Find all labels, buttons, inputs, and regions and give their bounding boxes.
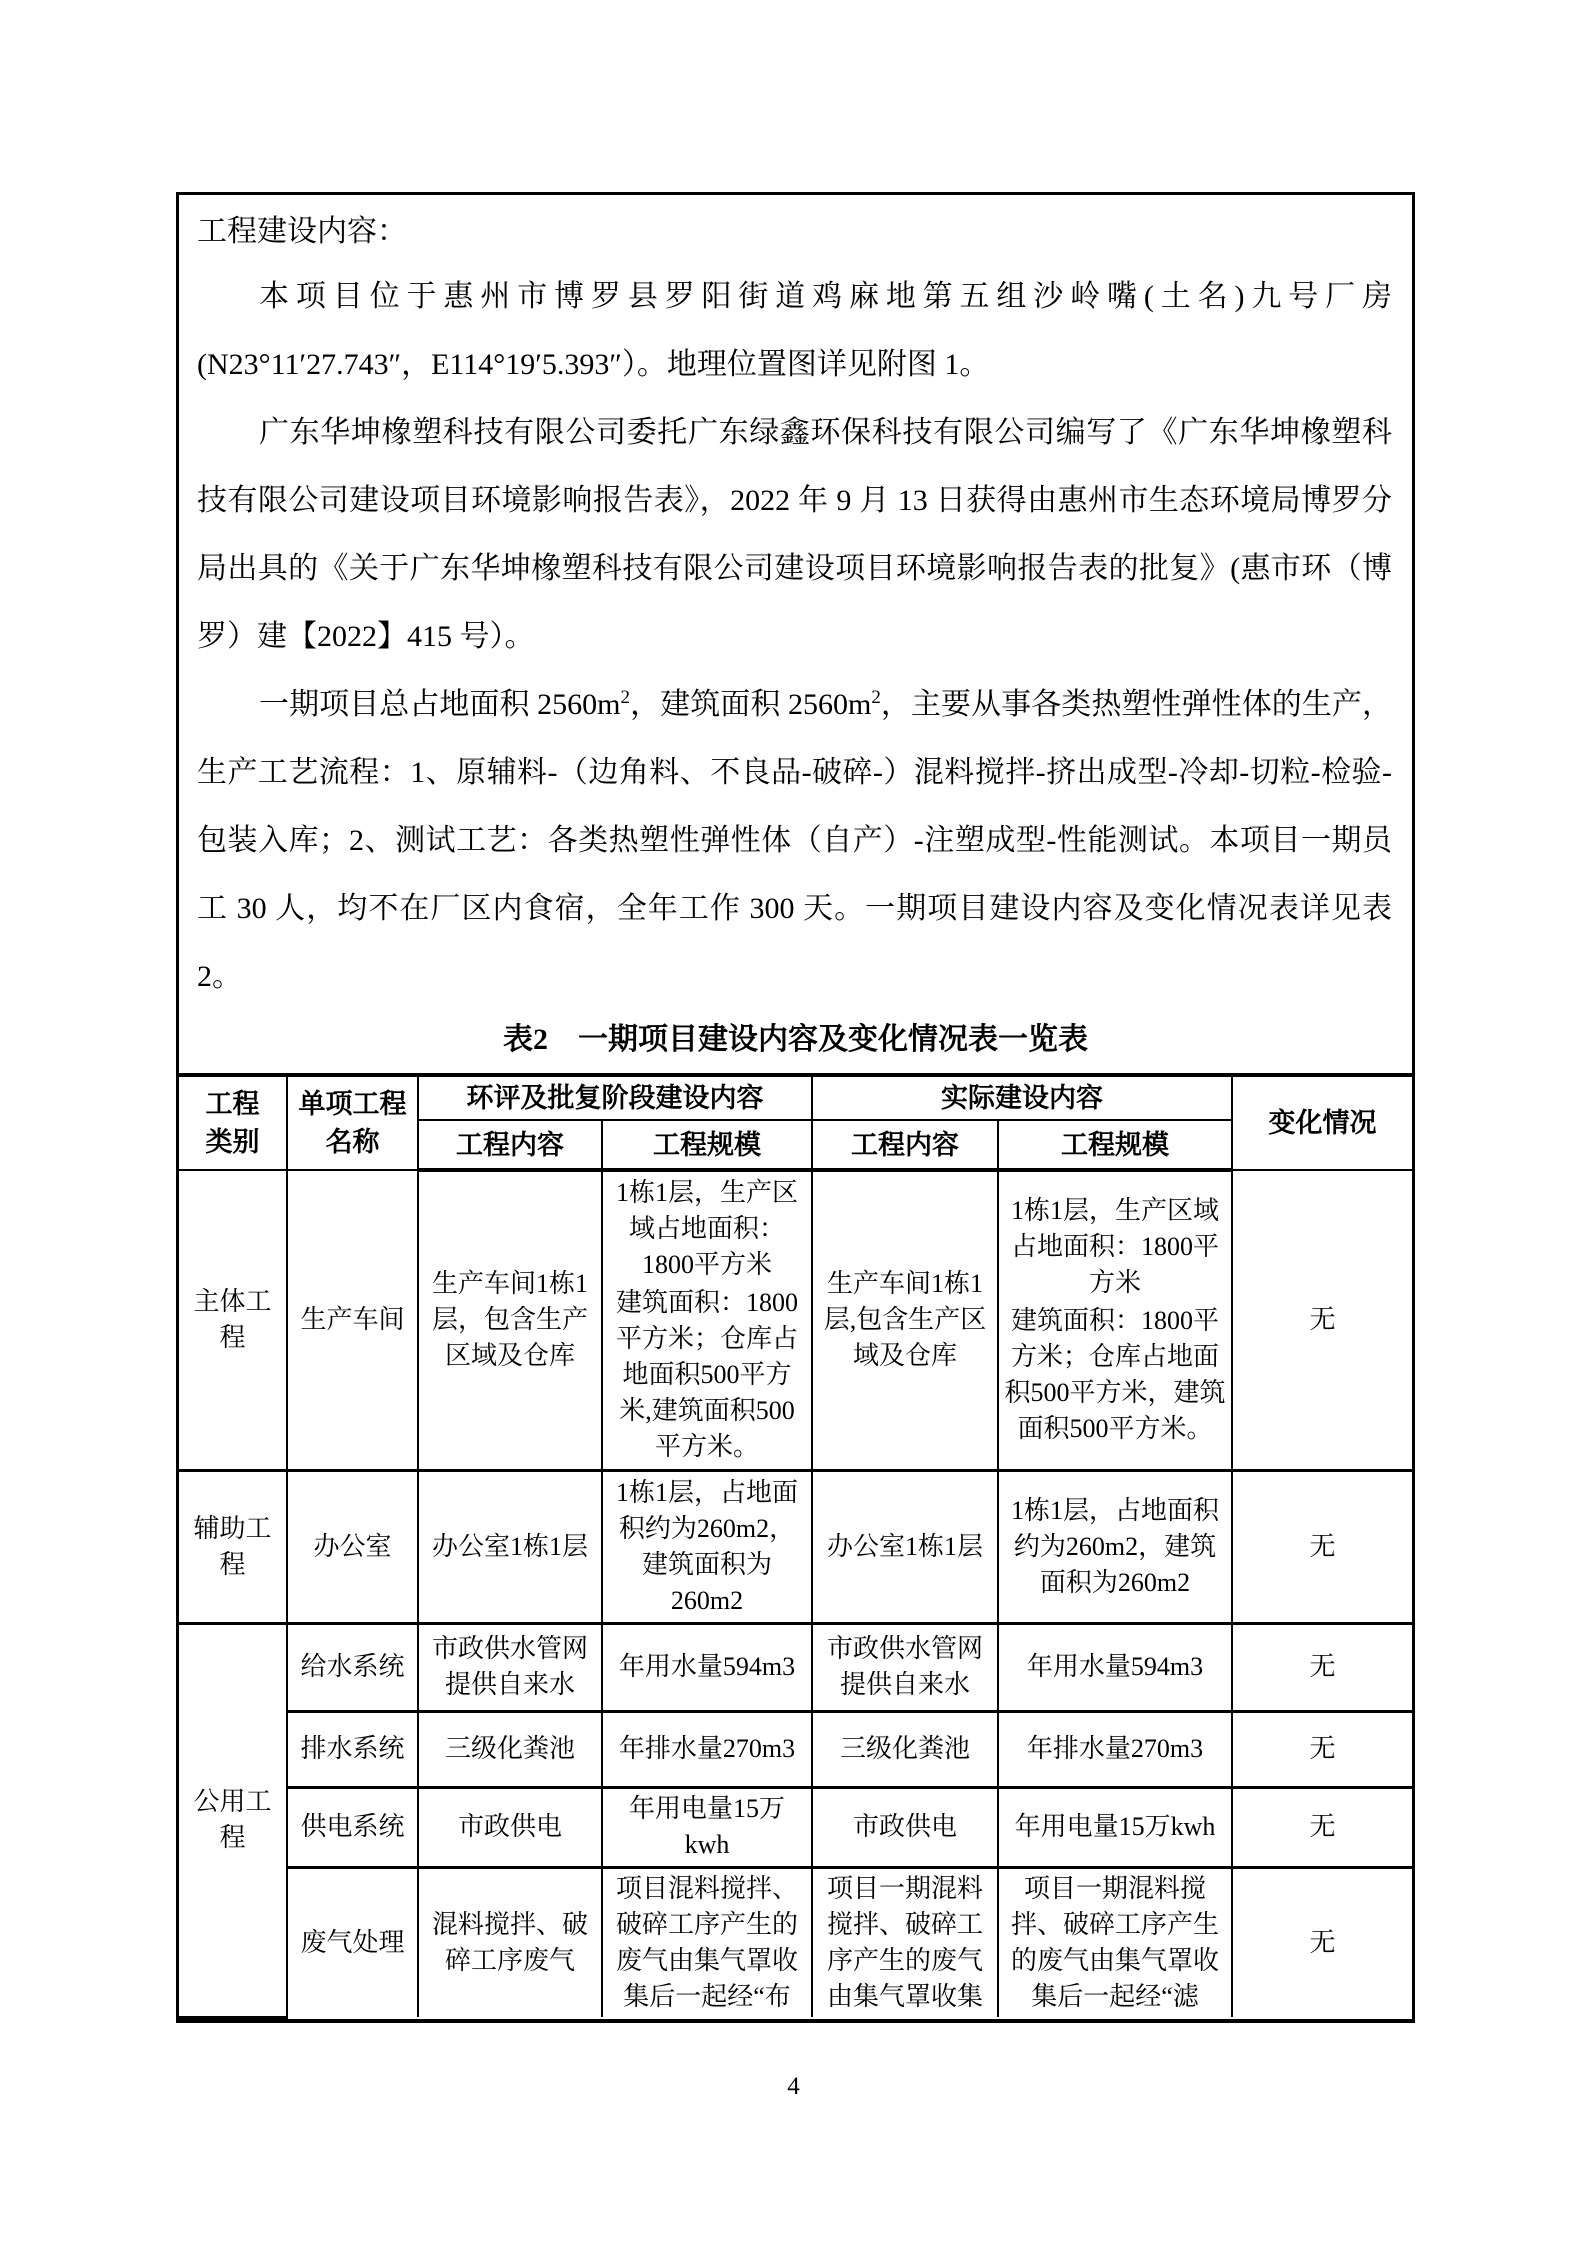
cell-change: 无: [1232, 1170, 1412, 1470]
cell-project-name: 废气处理: [287, 1867, 418, 2017]
cell-eia-content: 三级化粪池: [418, 1711, 602, 1787]
page-number: 4: [0, 2072, 1587, 2102]
table-caption: 表2 一期项目建设内容及变化情况表一览表: [179, 1017, 1412, 1063]
text-segment: ，主要从事各类热塑性弹性体的生产，生产工艺流程：1、原辅料-（边角料、不良品-破…: [197, 688, 1392, 993]
table-row-waste-gas: 废气处理 混料搅拌、破碎工序废气 项目混料搅拌、破碎工序产生的废气由集气罩收集后…: [179, 1867, 1412, 2017]
text-segment: 一期项目总占地面积 2560m: [259, 688, 621, 721]
header-eia-stage-group: 环评及批复阶段建设内容: [418, 1075, 812, 1120]
cell-eia-content: 办公室1栋1层: [418, 1470, 602, 1623]
table-row-power-supply: 供电系统 市政供电 年用电量15万kwh 市政供电 年用电量15万kwh 无: [179, 1787, 1412, 1867]
construction-content-table: 工程 类别 单项工程名称 环评及批复阶段建设内容 实际建设内容 变化情况 工程内…: [179, 1073, 1412, 2019]
table-row-main-works: 主体工程 生产车间 生产车间1栋1层，包含生产区域及仓库 1栋1层，生产区域占地…: [179, 1170, 1412, 1470]
header-eia-content: 工程内容: [418, 1120, 602, 1170]
cell-project-name: 办公室: [287, 1470, 418, 1623]
table-row-drainage: 排水系统 三级化粪池 年排水量270m3 三级化粪池 年排水量270m3 无: [179, 1711, 1412, 1787]
text-area: 工程建设内容： 本项目位于惠州市博罗县罗阳街道鸡麻地第五组沙岭嘴(土名)九号厂房…: [179, 195, 1412, 1011]
cell-actual-scale: 年排水量270m3: [998, 1711, 1232, 1787]
cell-eia-content: 混料搅拌、破碎工序废气: [418, 1867, 602, 2017]
paragraph-approval-history: 广东华坤橡塑科技有限公司委托广东绿鑫环保科技有限公司编写了《广东华坤橡塑科技有限…: [197, 399, 1392, 671]
cell-actual-content: 项目一期混料搅拌、破碎工序产生的废气由集气罩收集: [812, 1867, 998, 2017]
cell-eia-scale: 1栋1层，生产区域占地面积：1800平方米 建筑面积：1800平方米；仓库占地面…: [602, 1170, 812, 1470]
section-title: 工程建设内容：: [197, 201, 1392, 263]
cell-project-name: 排水系统: [287, 1711, 418, 1787]
cell-category: 辅助工程: [179, 1470, 287, 1623]
cell-actual-scale: 年用水量594m3: [998, 1623, 1232, 1711]
document-page: { "document": { "section_title": "工程建设内容…: [0, 0, 1587, 2245]
header-change-status: 变化情况: [1232, 1075, 1412, 1170]
cell-change: 无: [1232, 1711, 1412, 1787]
header-actual-scale: 工程规模: [998, 1120, 1232, 1170]
cell-eia-scale: 年排水量270m3: [602, 1711, 812, 1787]
cell-actual-content: 市政供水管网提供自来水: [812, 1623, 998, 1711]
text-segment: ，建筑面积 2560m: [630, 688, 871, 721]
cell-project-name: 供电系统: [287, 1787, 418, 1867]
cell-paragraph: 1栋1层，生产区域占地面积：1800平方米: [607, 1175, 807, 1283]
cell-actual-scale: 年用电量15万kwh: [998, 1787, 1232, 1867]
cell-eia-content: 市政供电: [418, 1787, 602, 1867]
header-actual-content: 工程内容: [812, 1120, 998, 1170]
cell-paragraph: 建筑面积：1800平方米；仓库占地面积500平方米,建筑面积500平方米。: [607, 1285, 807, 1465]
table-row-water-supply: 公用工程 给水系统 市政供水管网提供自来水 年用水量594m3 市政供水管网提供…: [179, 1623, 1412, 1711]
header-eia-scale: 工程规模: [602, 1120, 812, 1170]
cell-change: 无: [1232, 1867, 1412, 2017]
superscript-2: 2: [621, 687, 631, 708]
cell-eia-scale: 项目混料搅拌、破碎工序产生的废气由集气罩收集后一起经“布: [602, 1867, 812, 2017]
cell-eia-scale: 年用水量594m3: [602, 1623, 812, 1711]
cell-eia-content: 市政供水管网提供自来水: [418, 1623, 602, 1711]
cell-eia-scale: 1栋1层，占地面积约为260m2，建筑面积为260m2: [602, 1470, 812, 1623]
header-single-project-name: 单项工程名称: [287, 1075, 418, 1170]
superscript-2: 2: [871, 687, 881, 708]
header-actual-group: 实际建设内容: [812, 1075, 1232, 1120]
cell-category-public-works: 公用工程: [179, 1623, 287, 2017]
cell-actual-content: 市政供电: [812, 1787, 998, 1867]
cell-actual-content: 三级化粪池: [812, 1711, 998, 1787]
content-box: 工程建设内容： 本项目位于惠州市博罗县罗阳街道鸡麻地第五组沙岭嘴(土名)九号厂房…: [176, 192, 1415, 2023]
cell-change: 无: [1232, 1623, 1412, 1711]
cell-actual-scale: 1栋1层，生产区域占地面积：1800平方米 建筑面积：1800平方米；仓库占地面…: [998, 1170, 1232, 1470]
cell-eia-scale: 年用电量15万kwh: [602, 1787, 812, 1867]
cell-category: 主体工程: [179, 1170, 287, 1470]
cell-eia-content: 生产车间1栋1层，包含生产区域及仓库: [418, 1170, 602, 1470]
cell-change: 无: [1232, 1470, 1412, 1623]
cell-project-name: 生产车间: [287, 1170, 418, 1470]
cell-actual-scale: 1栋1层，占地面积约为260m2，建筑面积为260m2: [998, 1470, 1232, 1623]
header-project-category: 工程 类别: [179, 1075, 287, 1170]
cell-actual-content: 生产车间1栋1层,包含生产区域及仓库: [812, 1170, 998, 1470]
table-row-auxiliary-works: 辅助工程 办公室 办公室1栋1层 1栋1层，占地面积约为260m2，建筑面积为2…: [179, 1470, 1412, 1623]
cell-actual-scale: 项目一期混料搅拌、破碎工序产生的废气由集气罩收集后一起经“滤: [998, 1867, 1232, 2017]
table-header-row-1: 工程 类别 单项工程名称 环评及批复阶段建设内容 实际建设内容 变化情况: [179, 1075, 1412, 1120]
cell-project-name: 给水系统: [287, 1623, 418, 1711]
cell-paragraph: 建筑面积：1800平方米；仓库占地面积500平方米，建筑面积500平方米。: [1003, 1303, 1227, 1447]
cell-change: 无: [1232, 1787, 1412, 1867]
cell-actual-content: 办公室1栋1层: [812, 1470, 998, 1623]
cell-paragraph: 1栋1层，生产区域占地面积：1800平方米: [1003, 1193, 1227, 1301]
paragraph-location: 本项目位于惠州市博罗县罗阳街道鸡麻地第五组沙岭嘴(土名)九号厂房(N23°11′…: [197, 263, 1392, 399]
paragraph-project-overview: 一期项目总占地面积 2560m2，建筑面积 2560m2，主要从事各类热塑性弹性…: [197, 671, 1392, 1011]
